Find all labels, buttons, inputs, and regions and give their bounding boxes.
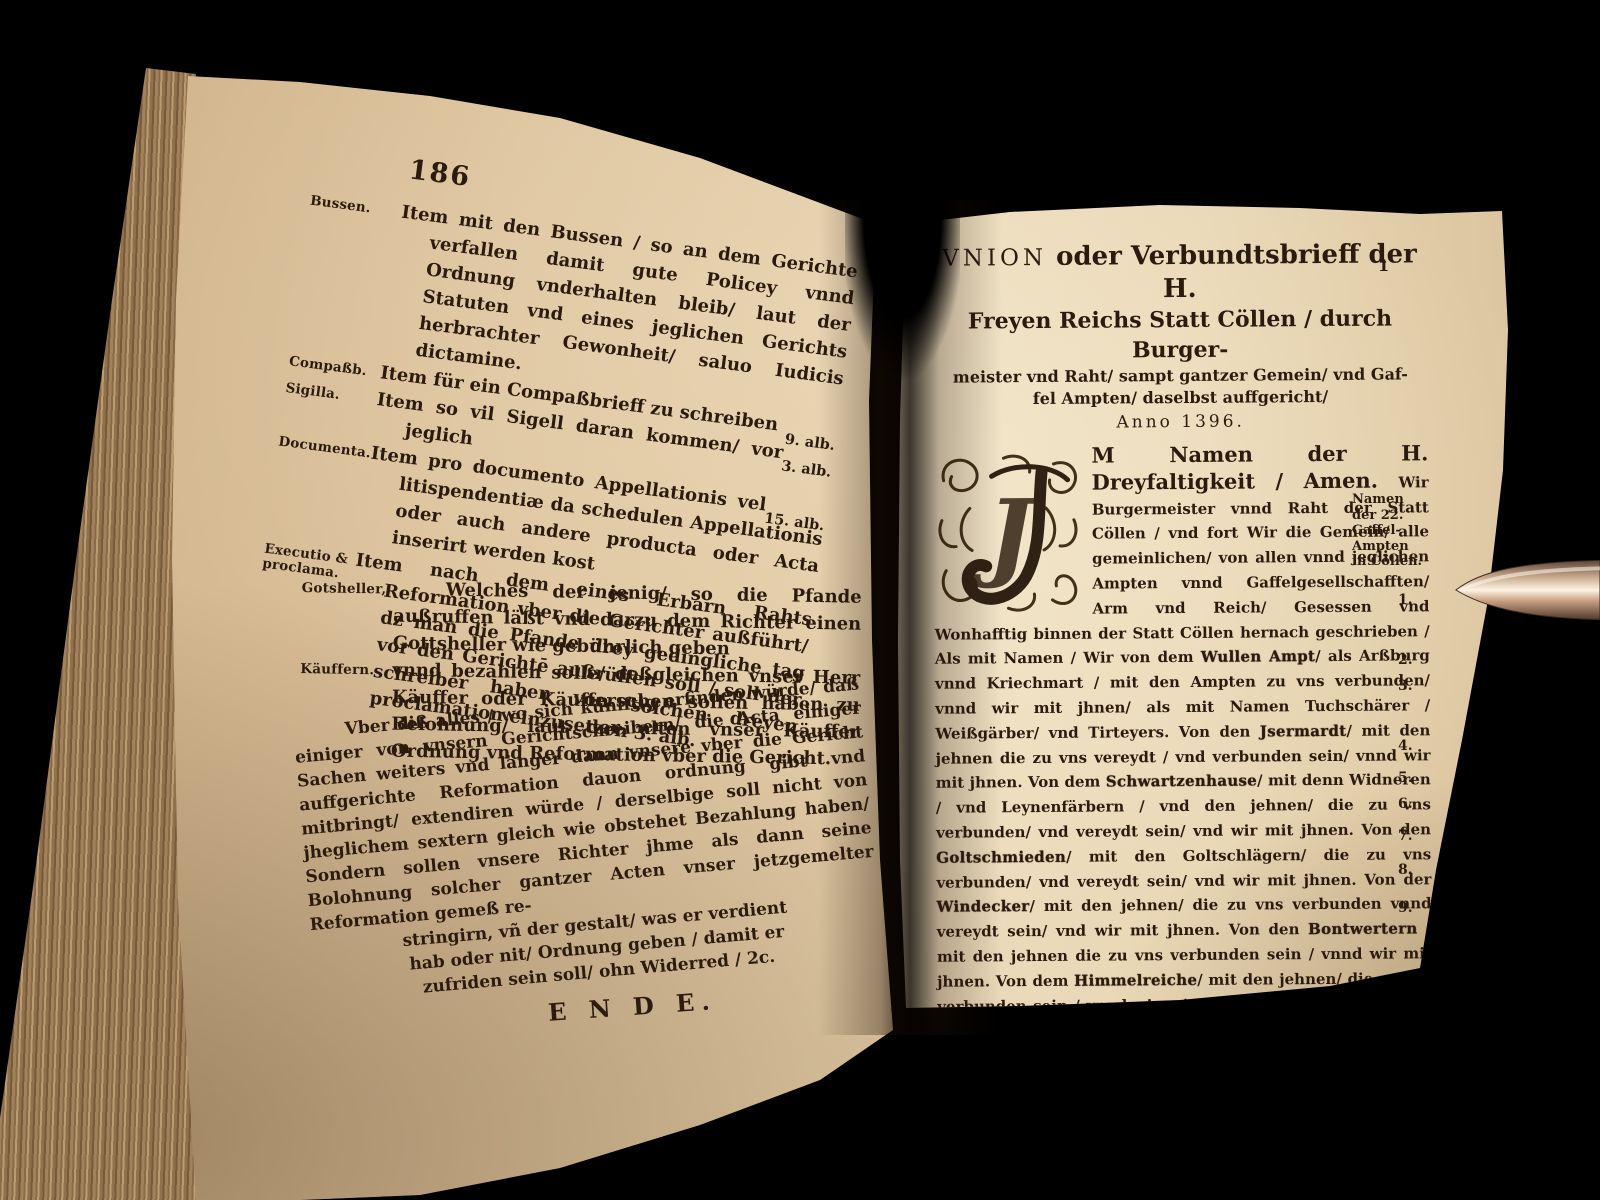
- fee-entry: Gotsheller, Welches der jenig/ so die Pf…: [301, 574, 862, 665]
- margin-number: 6.: [1398, 796, 1413, 812]
- margin-number: 5.: [1398, 770, 1413, 786]
- book-photograph: 186 Bussen. Item mit den Bussen / so an …: [0, 0, 1600, 1200]
- margin-number: 7.: [1398, 828, 1413, 844]
- heading-line-2: Freyen Reichs Statt Cöllen / durch Burge…: [932, 303, 1427, 366]
- margin-number: 4.: [1398, 738, 1413, 754]
- heading-line-5: Anno 1396.: [933, 407, 1428, 436]
- left-page-closing-block: Vber diß alles / wo sich künfftig erfind…: [292, 672, 883, 1008]
- heading-line-1: VNION oder Verbundtsbrieff der H.: [932, 238, 1427, 306]
- margin-label: Bussen.: [309, 187, 403, 221]
- margin-label: Gotsheller,: [302, 574, 394, 598]
- gutter-top-shadow: [845, 196, 960, 446]
- heading-line-3: meister vnd Raht/ sampt gantzer Gemein/ …: [933, 363, 1428, 388]
- margin-number: 8.: [1398, 862, 1413, 878]
- margin-note-gaffel-ampten: Namen der 22. Gaffel- Ampten in Cöllen.: [1352, 492, 1436, 570]
- margin-number: 3.: [1398, 678, 1413, 694]
- right-page-text-column: VNION oder Verbundtsbrieff der H. Freyen…: [932, 238, 1433, 1123]
- margin-number: 1.: [1398, 592, 1413, 608]
- signature-mark: A: [1106, 1094, 1122, 1118]
- margin-number: 2.: [1398, 652, 1413, 668]
- union-heading: VNION oder Verbundtsbrieff der H. Freyen…: [932, 238, 1428, 436]
- catchword: zu vns: [1258, 1093, 1314, 1112]
- margin-number: 9.: [1398, 900, 1413, 916]
- metal-pen-pointer-icon: [1452, 548, 1600, 632]
- entry-text: Welches der jenig/ so die Pfande außruff…: [393, 576, 862, 665]
- signature-line: A zu vns: [938, 1092, 1433, 1123]
- margin-label: Käuffern.: [300, 655, 392, 679]
- finis-ende: E N D E.: [547, 986, 717, 1027]
